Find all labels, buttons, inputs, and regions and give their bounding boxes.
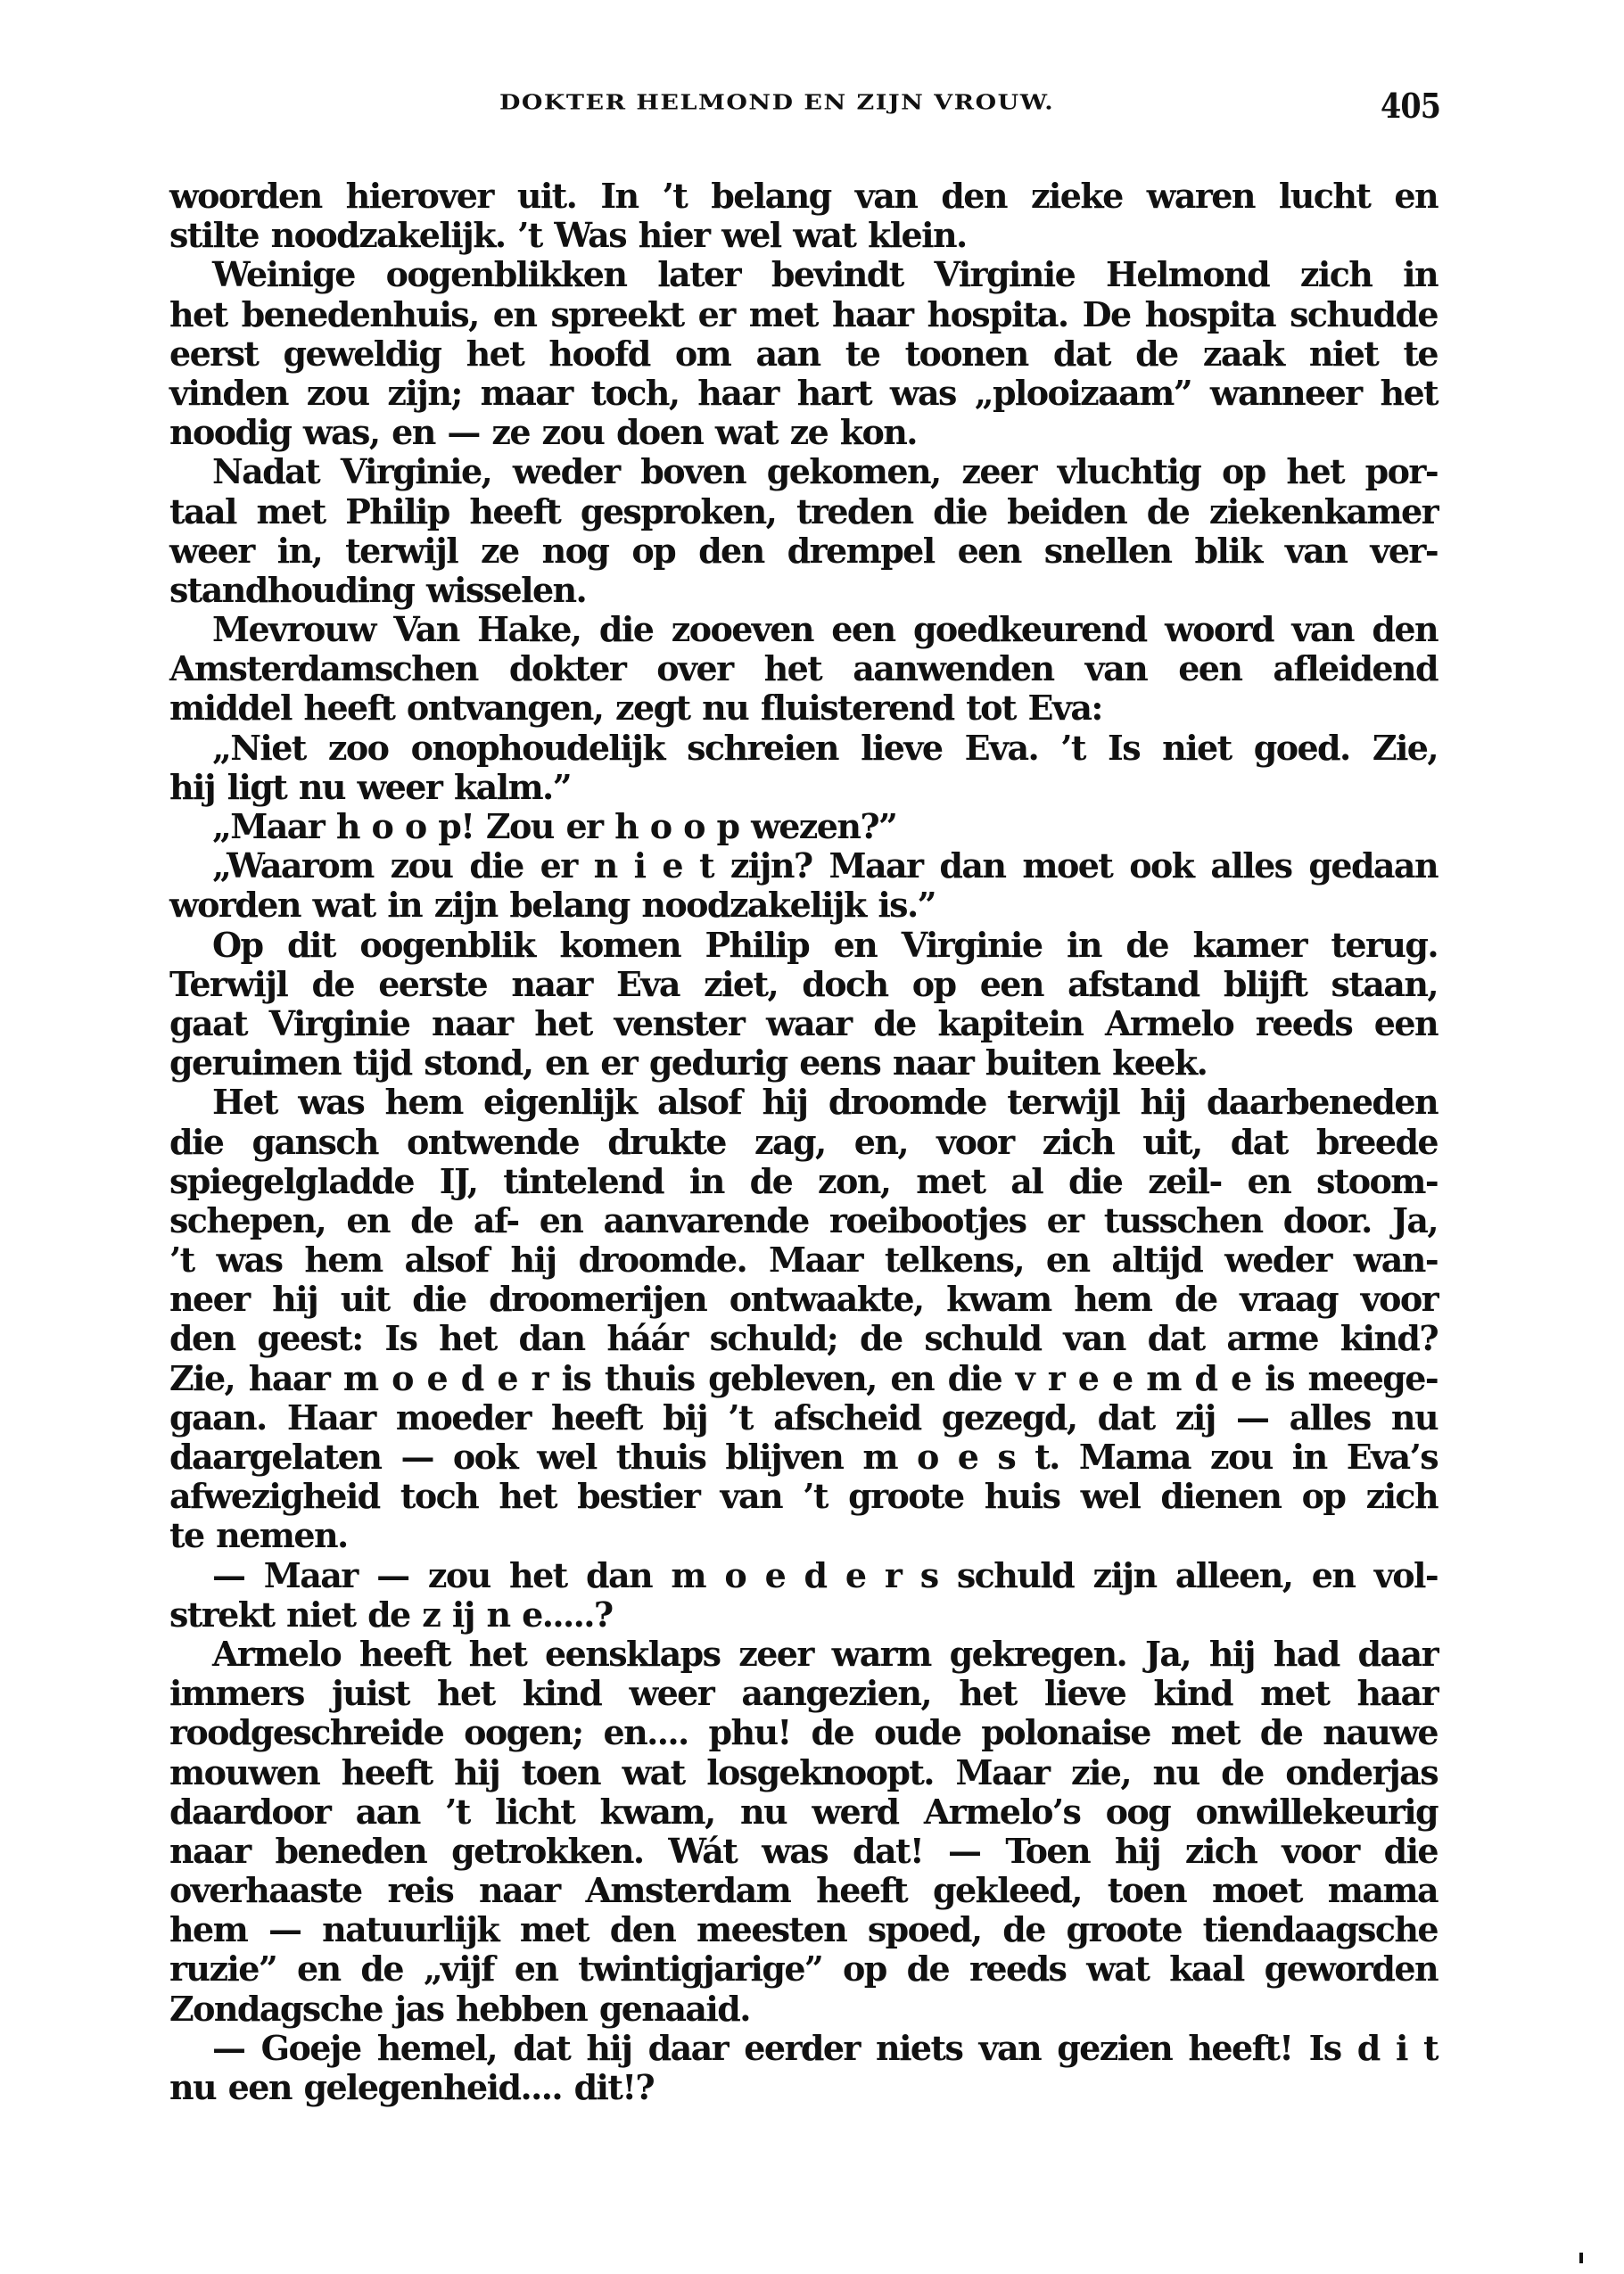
text-line: Amsterdamschen dokter over het aanwenden… [169,649,1438,688]
text-line: strekt niet de z ij n e.....? [169,1595,1438,1635]
paragraph-start-line: Nadat Virginie, weder boven gekomen, zee… [169,452,1438,491]
text-line: hem — natuurlijk met den meesten spoed, … [169,1910,1438,1949]
text-line: ruzie” en de „vijf en twintigjarige” op … [169,1949,1438,1989]
text-line: Zie, haar m o e d e r is thuis gebleven,… [169,1359,1438,1398]
text-line: hij ligt nu weer kalm.” [169,768,1438,807]
text-line: nu een gelegenheid.... dit!? [169,2068,1438,2107]
text-line: gaan. Haar moeder heeft bij ’t afscheid … [169,1398,1438,1438]
text-line: noodig was, en — ze zou doen wat ze kon. [169,413,1438,452]
text-line: spiegelgladde IJ, tintelend in de zon, m… [169,1162,1438,1201]
text-line: stilte noodzakelijk. ’t Was hier wel wat… [169,216,1438,255]
text-line: Terwijl de eerste naar Eva ziet, doch op… [169,965,1438,1004]
paragraph-start-line: — Maar — zou het dan m o e d e r s schul… [169,1556,1438,1595]
page-number: 405 [1381,86,1440,126]
text-line: ’t was hem alsof hij droomde. Maar telke… [169,1240,1438,1280]
text-line: eerst geweldig het hoofd om aan te toone… [169,334,1438,374]
text-line: woorden hierover uit. In ’t belang van d… [169,177,1438,216]
paragraph-start-line: „Waarom zou die er n i e t zijn? Maar da… [169,846,1438,886]
paragraph-start-line: „Niet zoo onophoudelijk schreien lieve E… [169,729,1438,768]
paragraph-start-line: Het was hem eigenlijk alsof hij droomde … [169,1083,1438,1122]
text-line: worden wat in zijn belang noodzakelijk i… [169,886,1438,925]
text-line: het benedenhuis, en spreekt er met haar … [169,295,1438,334]
text-line: daardoor aan ’t licht kwam, nu werd Arme… [169,1792,1438,1832]
text-line: gaat Virginie naar het venster waar de k… [169,1004,1438,1043]
text-line: roodgeschreide oogen; en.... phu! de oud… [169,1713,1438,1752]
text-line: middel heeft ontvangen, zegt nu fluister… [169,688,1438,728]
text-line: den geest: Is het dan háár schuld; de sc… [169,1319,1438,1358]
paragraph-start-line: Weinige oogenblikken later bevindt Virgi… [169,255,1438,294]
paragraph-start-line: Op dit oogenblik komen Philip en Virgini… [169,926,1438,965]
text-line: die gansch ontwende drukte zag, en, voor… [169,1123,1438,1162]
text-line: daargelaten — ook wel thuis blijven m o … [169,1438,1438,1477]
body-text: woorden hierover uit. In ’t belang van d… [169,177,1438,2107]
scan-artifact-mark [1579,2253,1583,2263]
text-line: Zondagsche jas hebben genaaid. [169,1990,1438,2029]
text-line: taal met Philip heeft gesproken, treden … [169,492,1438,531]
text-line: geruimen tijd stond, en er gedurig eens … [169,1043,1438,1083]
text-line: neer hij uit die droomerijen ontwaakte, … [169,1280,1438,1319]
paragraph-start-line: Armelo heeft het eensklaps zeer warm gek… [169,1635,1438,1674]
paragraph-start-line: Mevrouw Van Hake, die zooeven een goedke… [169,610,1438,649]
text-line: schepen, en de af- en aanvarende roeiboo… [169,1201,1438,1240]
text-line: standhouding wisselen. [169,571,1438,610]
running-head: DOKTER HELMOND EN ZIJN VROUW. 405 [0,86,1624,121]
text-line: weer in, terwijl ze nog op den drempel e… [169,531,1438,571]
text-line: mouwen heeft hij toen wat losgeknoopt. M… [169,1753,1438,1792]
running-title: DOKTER HELMOND EN ZIJN VROUW. [499,91,1110,114]
text-line: immers juist het kind weer aangezien, he… [169,1674,1438,1713]
text-line: te nemen. [169,1516,1438,1555]
paragraph-start-line: — Goeje hemel, dat hij daar eerder niets… [169,2029,1438,2068]
paragraph-start-line: „Maar h o o p! Zou er h o o p wezen?” [169,807,1438,846]
text-line: afwezigheid toch het bestier van ’t groo… [169,1477,1438,1516]
text-line: vinden zou zijn; maar toch, haar hart wa… [169,374,1438,413]
text-line: overhaaste reis naar Amsterdam heeft gek… [169,1871,1438,1910]
text-line: naar beneden getrokken. Wát was dat! — T… [169,1832,1438,1871]
